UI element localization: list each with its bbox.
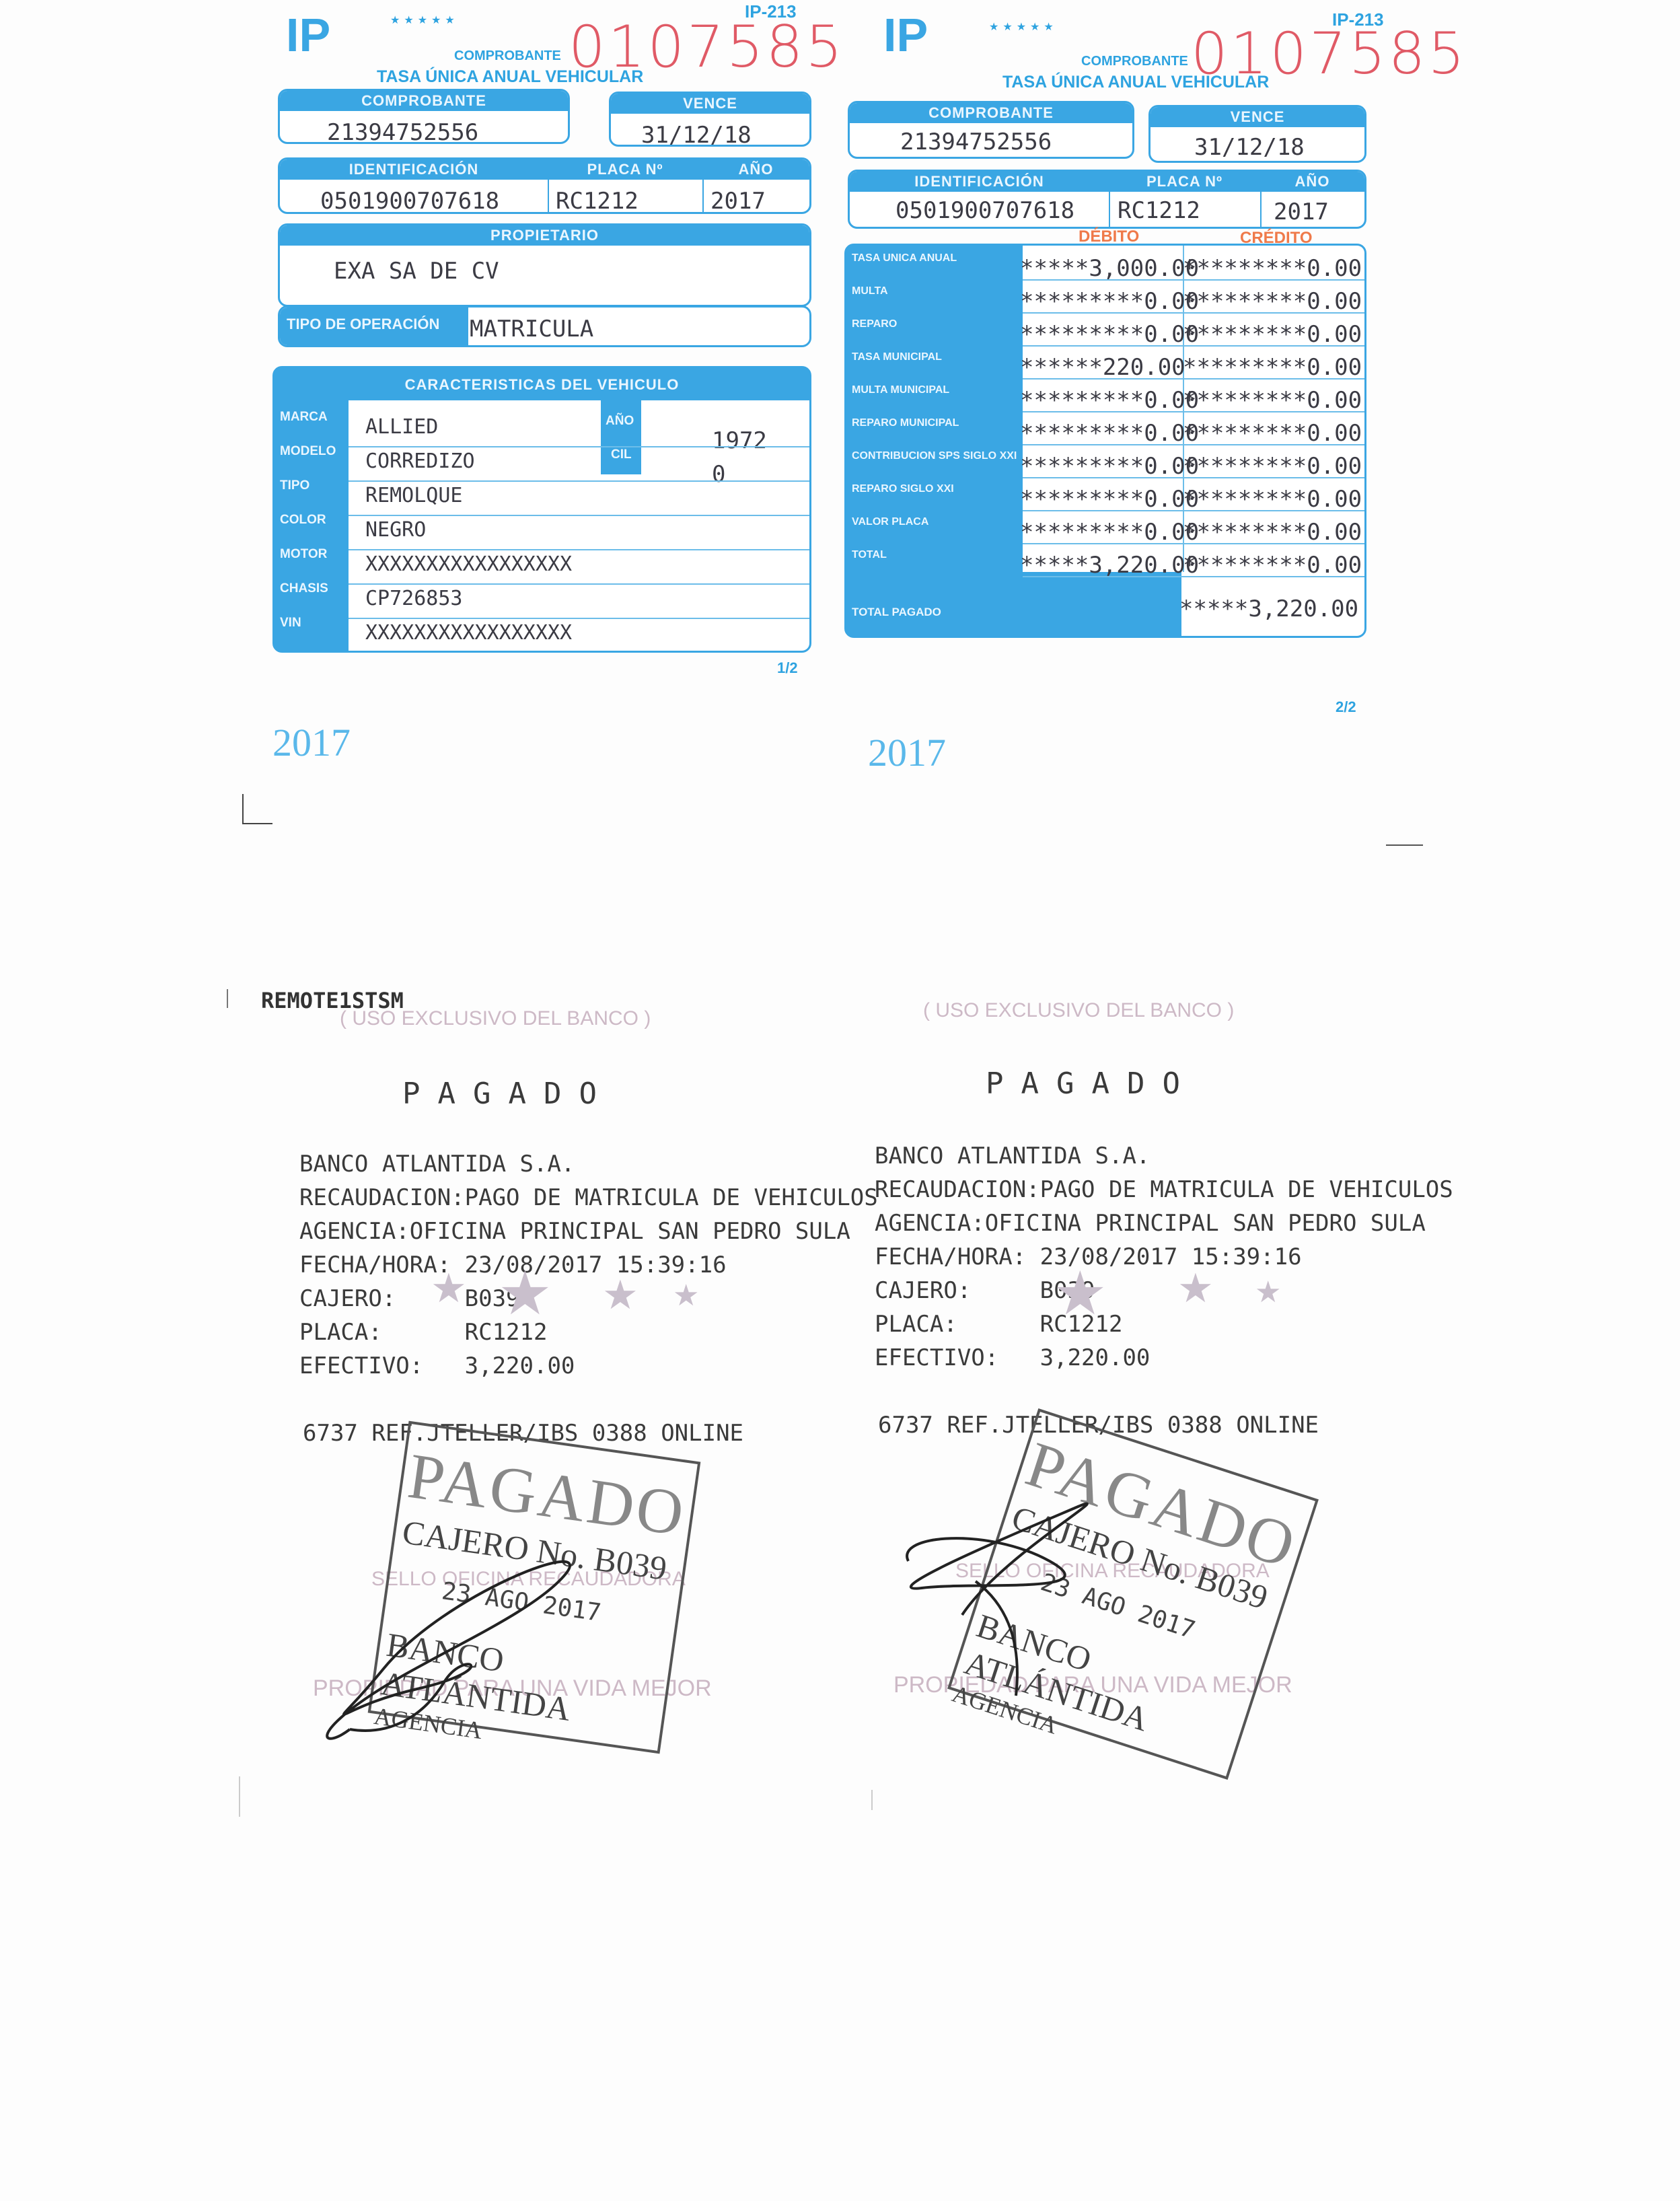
anio-label: AÑO (702, 159, 809, 180)
tipo-operacion-label: TIPO DE OPERACIÓN (280, 308, 468, 345)
charge-label: TASA MUNICIPAL (852, 351, 942, 363)
receipt-left: BANCO ATLANTIDA S.A.RECAUDACION:PAGO DE … (299, 1147, 878, 1383)
identification-box: IDENTIFICACIÓN PLACA Nº AÑO 050190070761… (848, 170, 1366, 229)
charge-debito: *********0.00 (1020, 453, 1199, 480)
cut-mark (871, 1790, 873, 1810)
vehicle-field-value: XXXXXXXXXXXXXXXXX (365, 552, 572, 576)
vehicle-field-value: ALLIED (365, 415, 438, 439)
vehicle-field-label: VIN (280, 616, 301, 630)
charge-label: TOTAL (852, 549, 887, 561)
total-pagado-value: *****3,220.00 (1179, 596, 1358, 622)
ip-logo: IP (883, 8, 928, 62)
signature-right (895, 1501, 1137, 1702)
vehicle-field-label: TIPO (280, 478, 309, 493)
star-icon: ★ (1255, 1275, 1281, 1309)
charge-credito: *********0.00 (1183, 519, 1362, 546)
charge-debito: *********0.00 (1020, 288, 1199, 315)
star-icon: ★ (602, 1272, 638, 1319)
placa-value: RC1212 (556, 188, 638, 214)
identification-box: IDENTIFICACIÓN PLACA Nº AÑO 050190070761… (278, 157, 811, 214)
cut-mark (242, 794, 244, 824)
charge-credito: *********0.00 (1183, 288, 1362, 315)
identificacion-label: IDENTIFICACIÓN (850, 172, 1109, 192)
bank-use-left: ( USO EXCLUSIVO DEL BANCO ) (340, 1007, 651, 1030)
vehicle-field-label: CHASIS (280, 581, 328, 596)
vehicle-field-value: CORREDIZO (365, 449, 475, 473)
charge-credito: *********0.00 (1183, 387, 1362, 414)
comprobante-box: COMPROBANTE 21394752556 (848, 101, 1134, 159)
charge-label: MULTA (852, 285, 888, 297)
star-icon: ★ (1177, 1265, 1214, 1312)
form-title: TASA ÚNICA ANUAL VEHICULAR (1002, 73, 1269, 92)
tipo-operacion-box: TIPO DE OPERACIÓN MATRICULA (278, 305, 811, 347)
charge-debito: *****3,220.00 (1020, 552, 1199, 579)
signature-left (309, 1534, 592, 1763)
receipt-line: RECAUDACION:PAGO DE MATRICULA DE VEHICUL… (875, 1173, 1453, 1206)
tipo-operacion-value: MATRICULA (470, 316, 593, 342)
charge-label: CONTRIBUCION SPS SIGLO XXI (852, 450, 1017, 462)
placa-label: PLACA Nº (548, 159, 702, 180)
identification-header: IDENTIFICACIÓN PLACA Nº AÑO (280, 159, 809, 180)
comprobante-value: 21394752556 (327, 119, 478, 144)
vence-box: VENCE 31/12/18 (1148, 105, 1366, 163)
propietario-value: EXA SA DE CV (334, 258, 499, 285)
star-icon: ★ (498, 1258, 552, 1329)
receipt-line: AGENCIA:OFICINA PRINCIPAL SAN PEDRO SULA (299, 1215, 878, 1248)
charge-label: TASA UNICA ANUAL (852, 252, 957, 264)
vence-box: VENCE 31/12/18 (609, 92, 811, 147)
ip-logo: IP (286, 8, 330, 62)
anio-value: 2017 (1274, 199, 1329, 225)
charge-debito: *********0.00 (1020, 486, 1199, 513)
charge-label: REPARO MUNICIPAL (852, 417, 959, 429)
placa-value: RC1212 (1118, 197, 1200, 224)
receipt-line: FECHA/HORA: 23/08/2017 15:39:16 (299, 1248, 878, 1282)
watermark-year-left: 2017 (272, 720, 351, 765)
vehicle-cil-label: CIL (611, 447, 632, 462)
divider-line (1386, 844, 1423, 846)
charge-label: REPARO (852, 318, 897, 330)
comprobante-value: 21394752556 (900, 129, 1052, 155)
anio-label: AÑO (1260, 172, 1364, 192)
charge-debito: ******220.00 (1020, 354, 1185, 381)
vehicle-field-value: CP726853 (365, 587, 463, 610)
vehicle-field-value: XXXXXXXXXXXXXXXXX (365, 621, 572, 645)
page-indicator-left: 1/2 (777, 659, 798, 677)
comprobante-prefix: COMPROBANTE (454, 48, 561, 64)
comprobante-box: COMPROBANTE 21394752556 (278, 89, 570, 144)
anio-value: 2017 (710, 188, 766, 214)
receipt-line: BANCO ATLANTIDA S.A. (875, 1139, 1453, 1173)
charge-credito: *********0.00 (1183, 486, 1362, 513)
vehicle-field-value: NEGRO (365, 518, 426, 542)
propietario-label: PROPIETARIO (280, 225, 809, 246)
identification-header: IDENTIFICACIÓN PLACA Nº AÑO (850, 172, 1364, 192)
star-icon: ★ (1053, 1258, 1107, 1329)
vehicle-field-label: COLOR (280, 513, 326, 528)
receipt-line: PLACA: RC1212 (875, 1307, 1453, 1341)
charge-credito: *********0.00 (1183, 453, 1362, 480)
charge-debito: *****3,000.00 (1020, 255, 1199, 282)
vence-value: 31/12/18 (1194, 134, 1305, 161)
identificacion-value: 0501900707618 (320, 188, 499, 214)
page-indicator-right: 2/2 (1336, 698, 1356, 716)
placa-label: PLACA Nº (1109, 172, 1260, 192)
vehicle-anio-label: AÑO (606, 414, 634, 429)
receipt-line: AGENCIA:OFICINA PRINCIPAL SAN PEDRO SULA (875, 1206, 1453, 1240)
vehicle-box: CARACTERISTICAS DEL VEHICULO AÑO CIL 197… (272, 366, 811, 653)
receipt-line: RECAUDACION:PAGO DE MATRICULA DE VEHICUL… (299, 1181, 878, 1215)
cut-mark (239, 1776, 240, 1817)
charge-debito: *********0.00 (1020, 519, 1199, 546)
receipt-line: EFECTIVO: 3,220.00 (299, 1349, 878, 1383)
propietario-box: PROPIETARIO EXA SA DE CV (278, 223, 811, 307)
receipt-line: BANCO ATLANTIDA S.A. (299, 1147, 878, 1181)
charge-credito: *********0.00 (1183, 354, 1362, 381)
vehicle-field-label: MODELO (280, 444, 336, 459)
receipt-line: EFECTIVO: 3,220.00 (875, 1341, 1453, 1375)
comprobante-prefix: COMPROBANTE (1081, 54, 1188, 69)
charge-credito: *********0.00 (1183, 321, 1362, 348)
receipt-right: BANCO ATLANTIDA S.A.RECAUDACION:PAGO DE … (875, 1139, 1453, 1375)
charge-debito: *********0.00 (1020, 321, 1199, 348)
watermark-year-right: 2017 (868, 730, 946, 775)
receipt-line: CAJERO: B039 (299, 1282, 878, 1315)
vence-label: VENCE (611, 94, 809, 114)
charge-debito: *********0.00 (1020, 420, 1199, 447)
vehicle-title: CARACTERISTICAS DEL VEHICULO (275, 376, 809, 394)
receipt-left-divider (227, 989, 228, 1008)
receipt-line: CAJERO: B039 (875, 1274, 1453, 1307)
charge-credito: *********0.00 (1183, 552, 1362, 579)
vehicle-field-label: MARCA (280, 410, 328, 425)
identificacion-label: IDENTIFICACIÓN (280, 159, 548, 180)
star-icon: ★ (673, 1278, 699, 1313)
institution-stars-icon: ★★★★★ (989, 20, 1058, 34)
receipt-heading-right: PAGADO (986, 1067, 1198, 1101)
comprobante-label: COMPROBANTE (280, 91, 568, 111)
charge-label: REPARO SIGLO XXI (852, 483, 954, 495)
vehicle-field-value: REMOLQUE (365, 484, 463, 507)
charge-label: MULTA MUNICIPAL (852, 384, 949, 396)
receipt-line: PLACA: RC1212 (299, 1315, 878, 1349)
bank-use-right: ( USO EXCLUSIVO DEL BANCO ) (923, 999, 1234, 1022)
vehicle-anio-value: 1972 (712, 427, 767, 454)
charge-debito: *********0.00 (1020, 387, 1199, 414)
form-title: TASA ÚNICA ANUAL VEHICULAR (377, 67, 643, 87)
institution-stars-icon: ★★★★★ (390, 13, 459, 27)
charge-credito: *********0.00 (1183, 255, 1362, 282)
receipt-heading-left: PAGADO (402, 1077, 614, 1111)
comprobante-label: COMPROBANTE (850, 103, 1132, 123)
vehicle-cil-value: 0 (712, 461, 725, 488)
star-icon: ★ (431, 1265, 467, 1312)
receipt-line: FECHA/HORA: 23/08/2017 15:39:16 (875, 1240, 1453, 1274)
cut-mark (242, 823, 272, 824)
charge-label: VALOR PLACA (852, 516, 928, 528)
charges-table: TASA UNICA ANUAL*****3,000.00*********0.… (844, 244, 1366, 638)
vence-value: 31/12/18 (641, 122, 752, 147)
vence-label: VENCE (1151, 107, 1364, 127)
vehicle-field-label: MOTOR (280, 547, 327, 562)
charge-credito: *********0.00 (1183, 420, 1362, 447)
identificacion-value: 0501900707618 (896, 197, 1074, 224)
total-pagado-label: TOTAL PAGADO (852, 606, 941, 619)
